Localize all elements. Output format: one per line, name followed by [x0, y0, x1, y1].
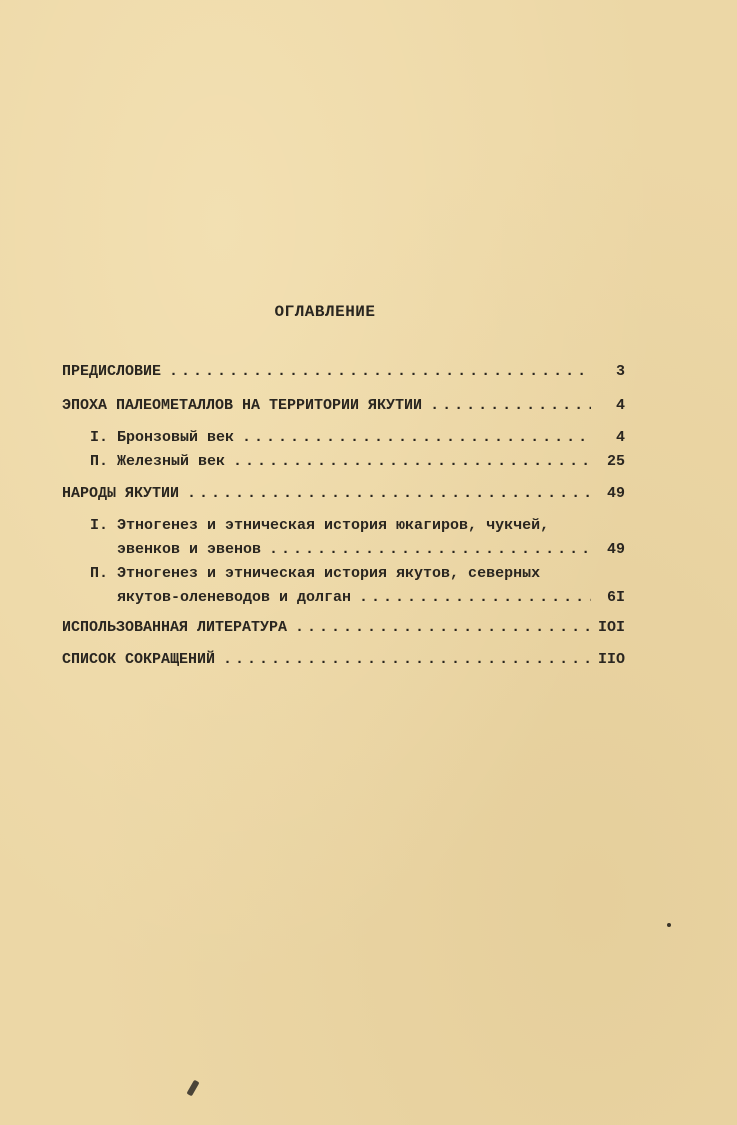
toc-entry-ethnogenesis-1-cont: эвенков и эвенов .......................… [117, 540, 625, 560]
leader-dots: ........................................… [233, 452, 591, 472]
toc-entry-ethnogenesis-1: I. Этногенез и этническая история юкагир… [90, 516, 625, 536]
entry-title: ИСПОЛЬЗОВАННАЯ ЛИТЕРАТУРА [62, 618, 287, 638]
entry-page: 49 [599, 484, 625, 504]
leader-dots: ........................................… [430, 396, 591, 416]
entry-page: 4 [599, 396, 625, 416]
entry-title: П. Железный век [90, 452, 225, 472]
leader-dots: ........................................… [223, 650, 590, 670]
toc-title: ОГЛАВЛЕНИЕ [0, 303, 650, 321]
toc-entry-bronze-age: I. Бронзовый век .......................… [90, 428, 625, 448]
paper-speck [667, 923, 671, 927]
leader-dots: ........................................… [187, 484, 591, 504]
leader-dots: ........................................… [169, 362, 591, 382]
entry-title: I. Этногенез и этническая история юкагир… [90, 516, 549, 536]
entry-page: IOI [598, 618, 625, 638]
leader-dots: ........................................… [359, 588, 591, 608]
toc-entry-literature: ИСПОЛЬЗОВАННАЯ ЛИТЕРАТУРА ..............… [62, 618, 625, 638]
entry-title: П. Этногенез и этническая история якутов… [90, 564, 540, 584]
toc-entry-peoples: НАРОДЫ ЯКУТИИ ..........................… [62, 484, 625, 504]
toc-entry-preface: ПРЕДИСЛОВИЕ ............................… [62, 362, 625, 382]
toc-entry-abbreviations: СПИСОК СОКРАЩЕНИЙ ......................… [62, 650, 625, 670]
leader-dots: ........................................… [295, 618, 590, 638]
entry-title: I. Бронзовый век [90, 428, 234, 448]
toc-entry-iron-age: П. Железный век ........................… [90, 452, 625, 472]
document-page: ОГЛАВЛЕНИЕ ПРЕДИСЛОВИЕ .................… [0, 0, 737, 1125]
entry-page: 25 [599, 452, 625, 472]
leader-dots: ........................................… [242, 428, 591, 448]
toc-entry-ethnogenesis-2-cont: якутов-оленеводов и долган .............… [117, 588, 625, 608]
entry-title-continuation: якутов-оленеводов и долган [117, 588, 351, 608]
entry-page: IIO [598, 650, 625, 670]
entry-page: 3 [599, 362, 625, 382]
toc-entry-paleometal-epoch: ЭПОХА ПАЛЕОМЕТАЛЛОВ НА ТЕРРИТОРИИ ЯКУТИИ… [62, 396, 625, 416]
leader-dots: ........................................… [269, 540, 591, 560]
entry-title: ПРЕДИСЛОВИЕ [62, 362, 161, 382]
entry-page: 4 [599, 428, 625, 448]
entry-title-continuation: эвенков и эвенов [117, 540, 261, 560]
entry-title: СПИСОК СОКРАЩЕНИЙ [62, 650, 215, 670]
toc-entry-ethnogenesis-2: П. Этногенез и этническая история якутов… [90, 564, 625, 584]
entry-title: НАРОДЫ ЯКУТИИ [62, 484, 179, 504]
entry-page: 6I [599, 588, 625, 608]
ink-mark [186, 1080, 199, 1097]
entry-page: 49 [599, 540, 625, 560]
entry-title: ЭПОХА ПАЛЕОМЕТАЛЛОВ НА ТЕРРИТОРИИ ЯКУТИИ [62, 396, 422, 416]
